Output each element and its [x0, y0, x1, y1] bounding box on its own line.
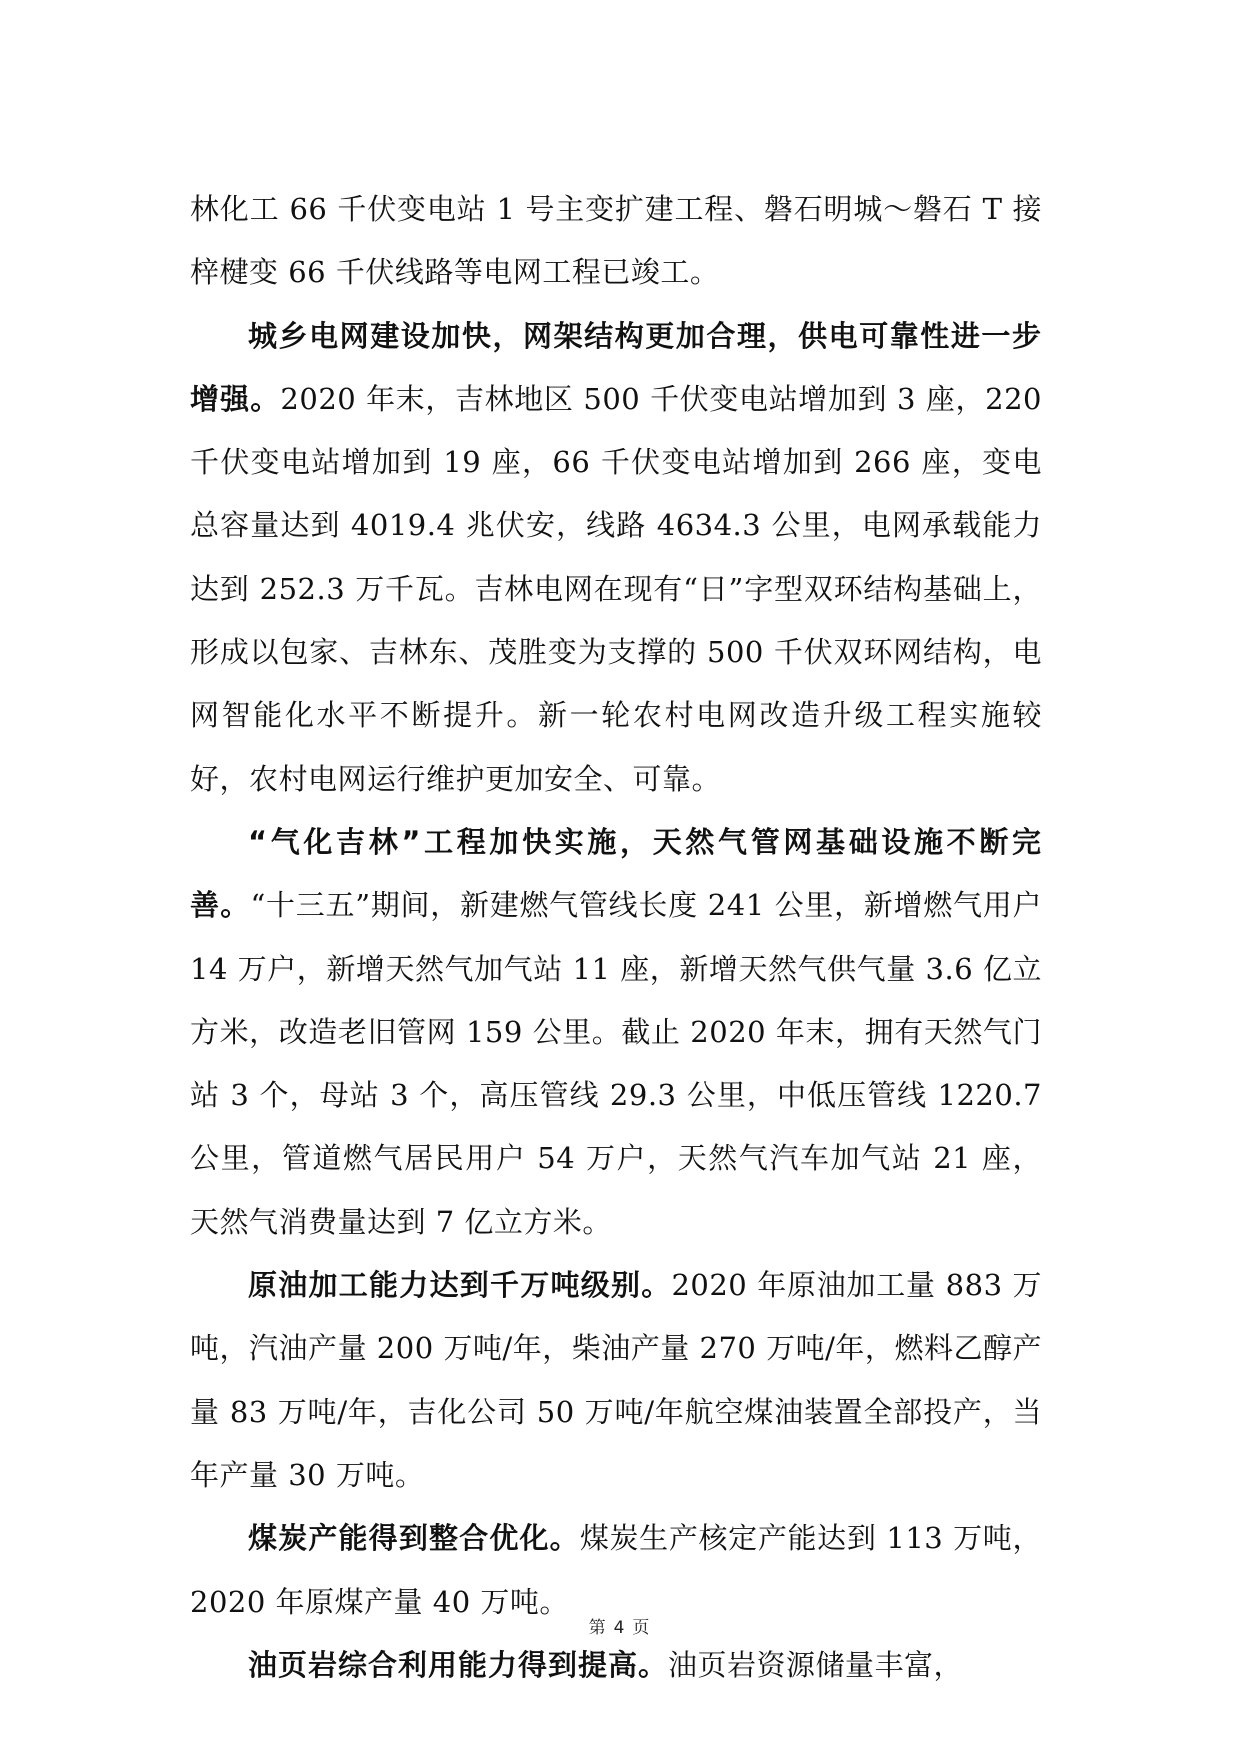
paragraph-lead: 煤炭产能得到整合优化。: [248, 1521, 580, 1555]
paragraph-grid-construction: 城乡电网建设加快，网架结构更加合理，供电可靠性进一步增强。2020 年末，吉林地…: [190, 305, 1042, 811]
page-number: 4: [614, 1618, 627, 1638]
paragraph-power-projects: 林化工 66 千伏变电站 1 号主变扩建工程、磐石明城～磐石 T 接梓楗变 66…: [190, 178, 1042, 305]
paragraph-body: “十三五”期间，新建燃气管线长度 241 公里，新增燃气用户 14 万户，新增天…: [190, 888, 1042, 1238]
paragraph-lead: 油页岩综合利用能力得到提高。: [248, 1648, 668, 1682]
page-number-suffix: 页: [632, 1613, 651, 1638]
page-footer: 第4页: [0, 1613, 1240, 1638]
paragraph-gas-network: “气化吉林”工程加快实施，天然气管网基础设施不断完善。“十三五”期间，新建燃气管…: [190, 811, 1042, 1254]
paragraph-body: 2020 年末，吉林地区 500 千伏变电站增加到 3 座，220 千伏变电站增…: [190, 382, 1042, 796]
paragraph-body: 油页岩资源储量丰富，: [668, 1648, 963, 1682]
page-number-prefix: 第: [589, 1613, 608, 1638]
paragraph-oil-shale: 油页岩综合利用能力得到提高。油页岩资源储量丰富，: [190, 1634, 1042, 1697]
paragraph-body: 林化工 66 千伏变电站 1 号主变扩建工程、磐石明城～磐石 T 接梓楗变 66…: [190, 192, 1042, 289]
paragraph-crude-oil: 原油加工能力达到千万吨级别。2020 年原油加工量 883 万吨，汽油产量 20…: [190, 1254, 1042, 1507]
document-page: 林化工 66 千伏变电站 1 号主变扩建工程、磐石明城～磐石 T 接梓楗变 66…: [190, 178, 1042, 1697]
paragraph-lead: 原油加工能力达到千万吨级别。: [248, 1268, 671, 1302]
